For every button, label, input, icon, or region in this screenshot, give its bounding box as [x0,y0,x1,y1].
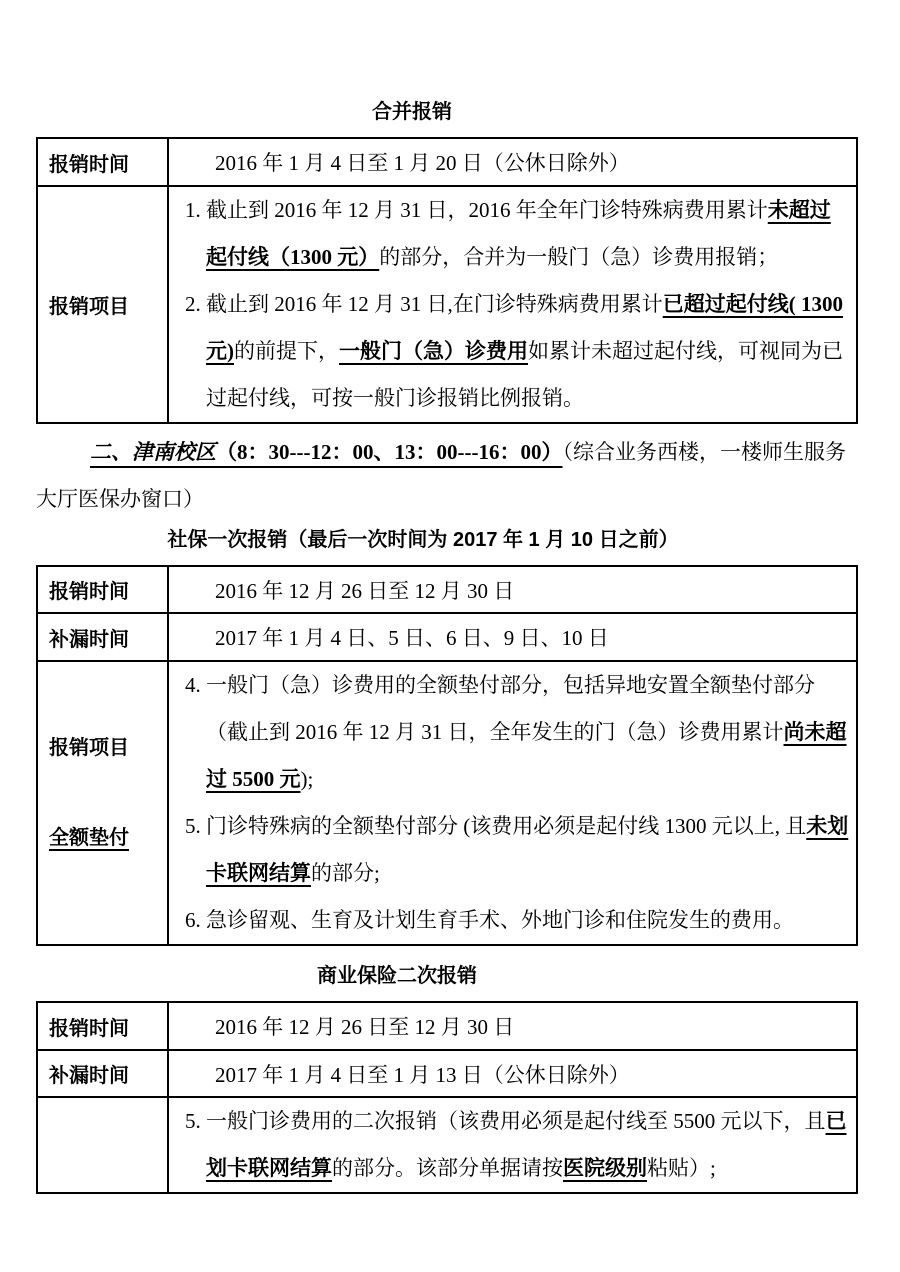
reimburse-items-cell: 5. 一般门诊费用的二次报销（该费用必须是起付线至 5500 元以下，且已划卡联… [168,1097,857,1193]
document-page: 合并报销 报销时间 2016 年 1 月 4 日至 1 月 20 日（公休日除外… [0,0,900,1272]
section-title-merged: 合并报销 [1,98,823,126]
label-reimburse-time: 报销时间 [37,138,168,186]
list-item-number: 4. [169,662,206,803]
value-reimburse-time: 2016 年 12 月 26 日至 12 月 30 日 [168,1002,857,1050]
label-makeup-time: 补漏时间 [37,613,168,661]
table-row: 报销时间 2016 年 12 月 26 日至 12 月 30 日 [37,566,857,613]
label-reimburse-items: 报销项目 [49,734,167,762]
label-items-fullpay-cell: 报销项目 全额垫付 [37,661,168,945]
list-item: 2. 截止到 2016 年 12 月 31 日,在门诊特殊病费用累计已超过起付线… [169,281,850,422]
empty-label-cell [37,1097,168,1193]
list-item-number: 6. [169,897,206,944]
label-reimburse-items: 报销项目 [37,186,168,423]
table-social-reimbursement: 报销时间 2016 年 12 月 26 日至 12 月 30 日 补漏时间 20… [36,565,858,946]
list-item: 5. 门诊特殊病的全额垫付部分 (该费用必须是起付线 1300 元以上, 且未划… [169,803,850,897]
reimburse-items-cell: 4. 一般门（急）诊费用的全额垫付部分，包括异地安置全额垫付部分（截止到 201… [168,661,857,945]
list-item: 4. 一般门（急）诊费用的全额垫付部分，包括异地安置全额垫付部分（截止到 201… [169,662,850,803]
label-reimburse-time: 报销时间 [37,566,168,613]
table-commercial-reimbursement: 报销时间 2016 年 12 月 26 日至 12 月 30 日 补漏时间 20… [36,1001,858,1194]
table-row: 5. 一般门诊费用的二次报销（该费用必须是起付线至 5500 元以下，且已划卡联… [37,1097,857,1193]
table-row: 报销项目 全额垫付 4. 一般门（急）诊费用的全额垫付部分，包括异地安置全额垫付… [37,661,857,945]
table-row: 补漏时间 2017 年 1 月 4 日至 1 月 13 日（公休日除外） [37,1050,857,1097]
table-row: 补漏时间 2017 年 1 月 4 日、5 日、6 日、9 日、10 日 [37,613,857,661]
section-title-commercial: 商业保险二次报销 [0,962,808,990]
campus-name: 二、津南校区 [90,440,216,464]
list-item-text: 急诊留观、生育及计划生育手术、外地门诊和住院发生的费用。 [206,897,850,944]
campus-hours: （8：30---12：00、13：00---16：00） [216,440,562,464]
campus-heading: 二、津南校区（8：30---12：00、13：00---16：00）（综合业务西… [36,429,864,523]
table-row: 报销时间 2016 年 12 月 26 日至 12 月 30 日 [37,1002,857,1050]
value-makeup-time: 2017 年 1 月 4 日、5 日、6 日、9 日、10 日 [168,613,857,661]
list-item-number: 1. [169,187,206,281]
list-item-text: 门诊特殊病的全额垫付部分 (该费用必须是起付线 1300 元以上, 且未划卡联网… [206,803,850,897]
list-item-text: 截止到 2016 年 12 月 31 日,在门诊特殊病费用累计已超过起付线( 1… [206,281,850,422]
list-item-text: 一般门诊费用的二次报销（该费用必须是起付线至 5500 元以下，且已划卡联网结算… [206,1098,850,1192]
list-item: 6. 急诊留观、生育及计划生育手术、外地门诊和住院发生的费用。 [169,897,850,944]
section-title-social: 社保一次报销（最后一次时间为 2017 年 1 月 10 日之前） [12,526,834,554]
label-reimburse-time: 报销时间 [37,1002,168,1050]
label-makeup-time: 补漏时间 [37,1050,168,1097]
list-item: 5. 一般门诊费用的二次报销（该费用必须是起付线至 5500 元以下，且已划卡联… [169,1098,850,1192]
list-item-text: 截止到 2016 年 12 月 31 日，2016 年全年门诊特殊病费用累计未超… [206,187,850,281]
value-reimburse-time: 2016 年 1 月 4 日至 1 月 20 日（公休日除外） [168,138,857,186]
value-reimburse-time: 2016 年 12 月 26 日至 12 月 30 日 [168,566,857,613]
label-full-prepay: 全额垫付 [49,824,167,852]
value-makeup-time: 2017 年 1 月 4 日至 1 月 13 日（公休日除外） [168,1050,857,1097]
reimburse-items-cell: 1. 截止到 2016 年 12 月 31 日，2016 年全年门诊特殊病费用累… [168,186,857,423]
list-item-number: 2. [169,281,206,422]
list-item-number: 5. [169,803,206,897]
list-item-text: 一般门（急）诊费用的全额垫付部分，包括异地安置全额垫付部分（截止到 2016 年… [206,662,850,803]
table-merged-reimbursement: 报销时间 2016 年 1 月 4 日至 1 月 20 日（公休日除外） 报销项… [36,137,858,424]
table-row: 报销项目 1. 截止到 2016 年 12 月 31 日，2016 年全年门诊特… [37,186,857,423]
campus-heading-underlined: 二、津南校区（8：30---12：00、13：00---16：00） [90,440,562,464]
table-row: 报销时间 2016 年 1 月 4 日至 1 月 20 日（公休日除外） [37,138,857,186]
list-item: 1. 截止到 2016 年 12 月 31 日，2016 年全年门诊特殊病费用累… [169,187,850,281]
list-item-number: 5. [169,1098,206,1192]
